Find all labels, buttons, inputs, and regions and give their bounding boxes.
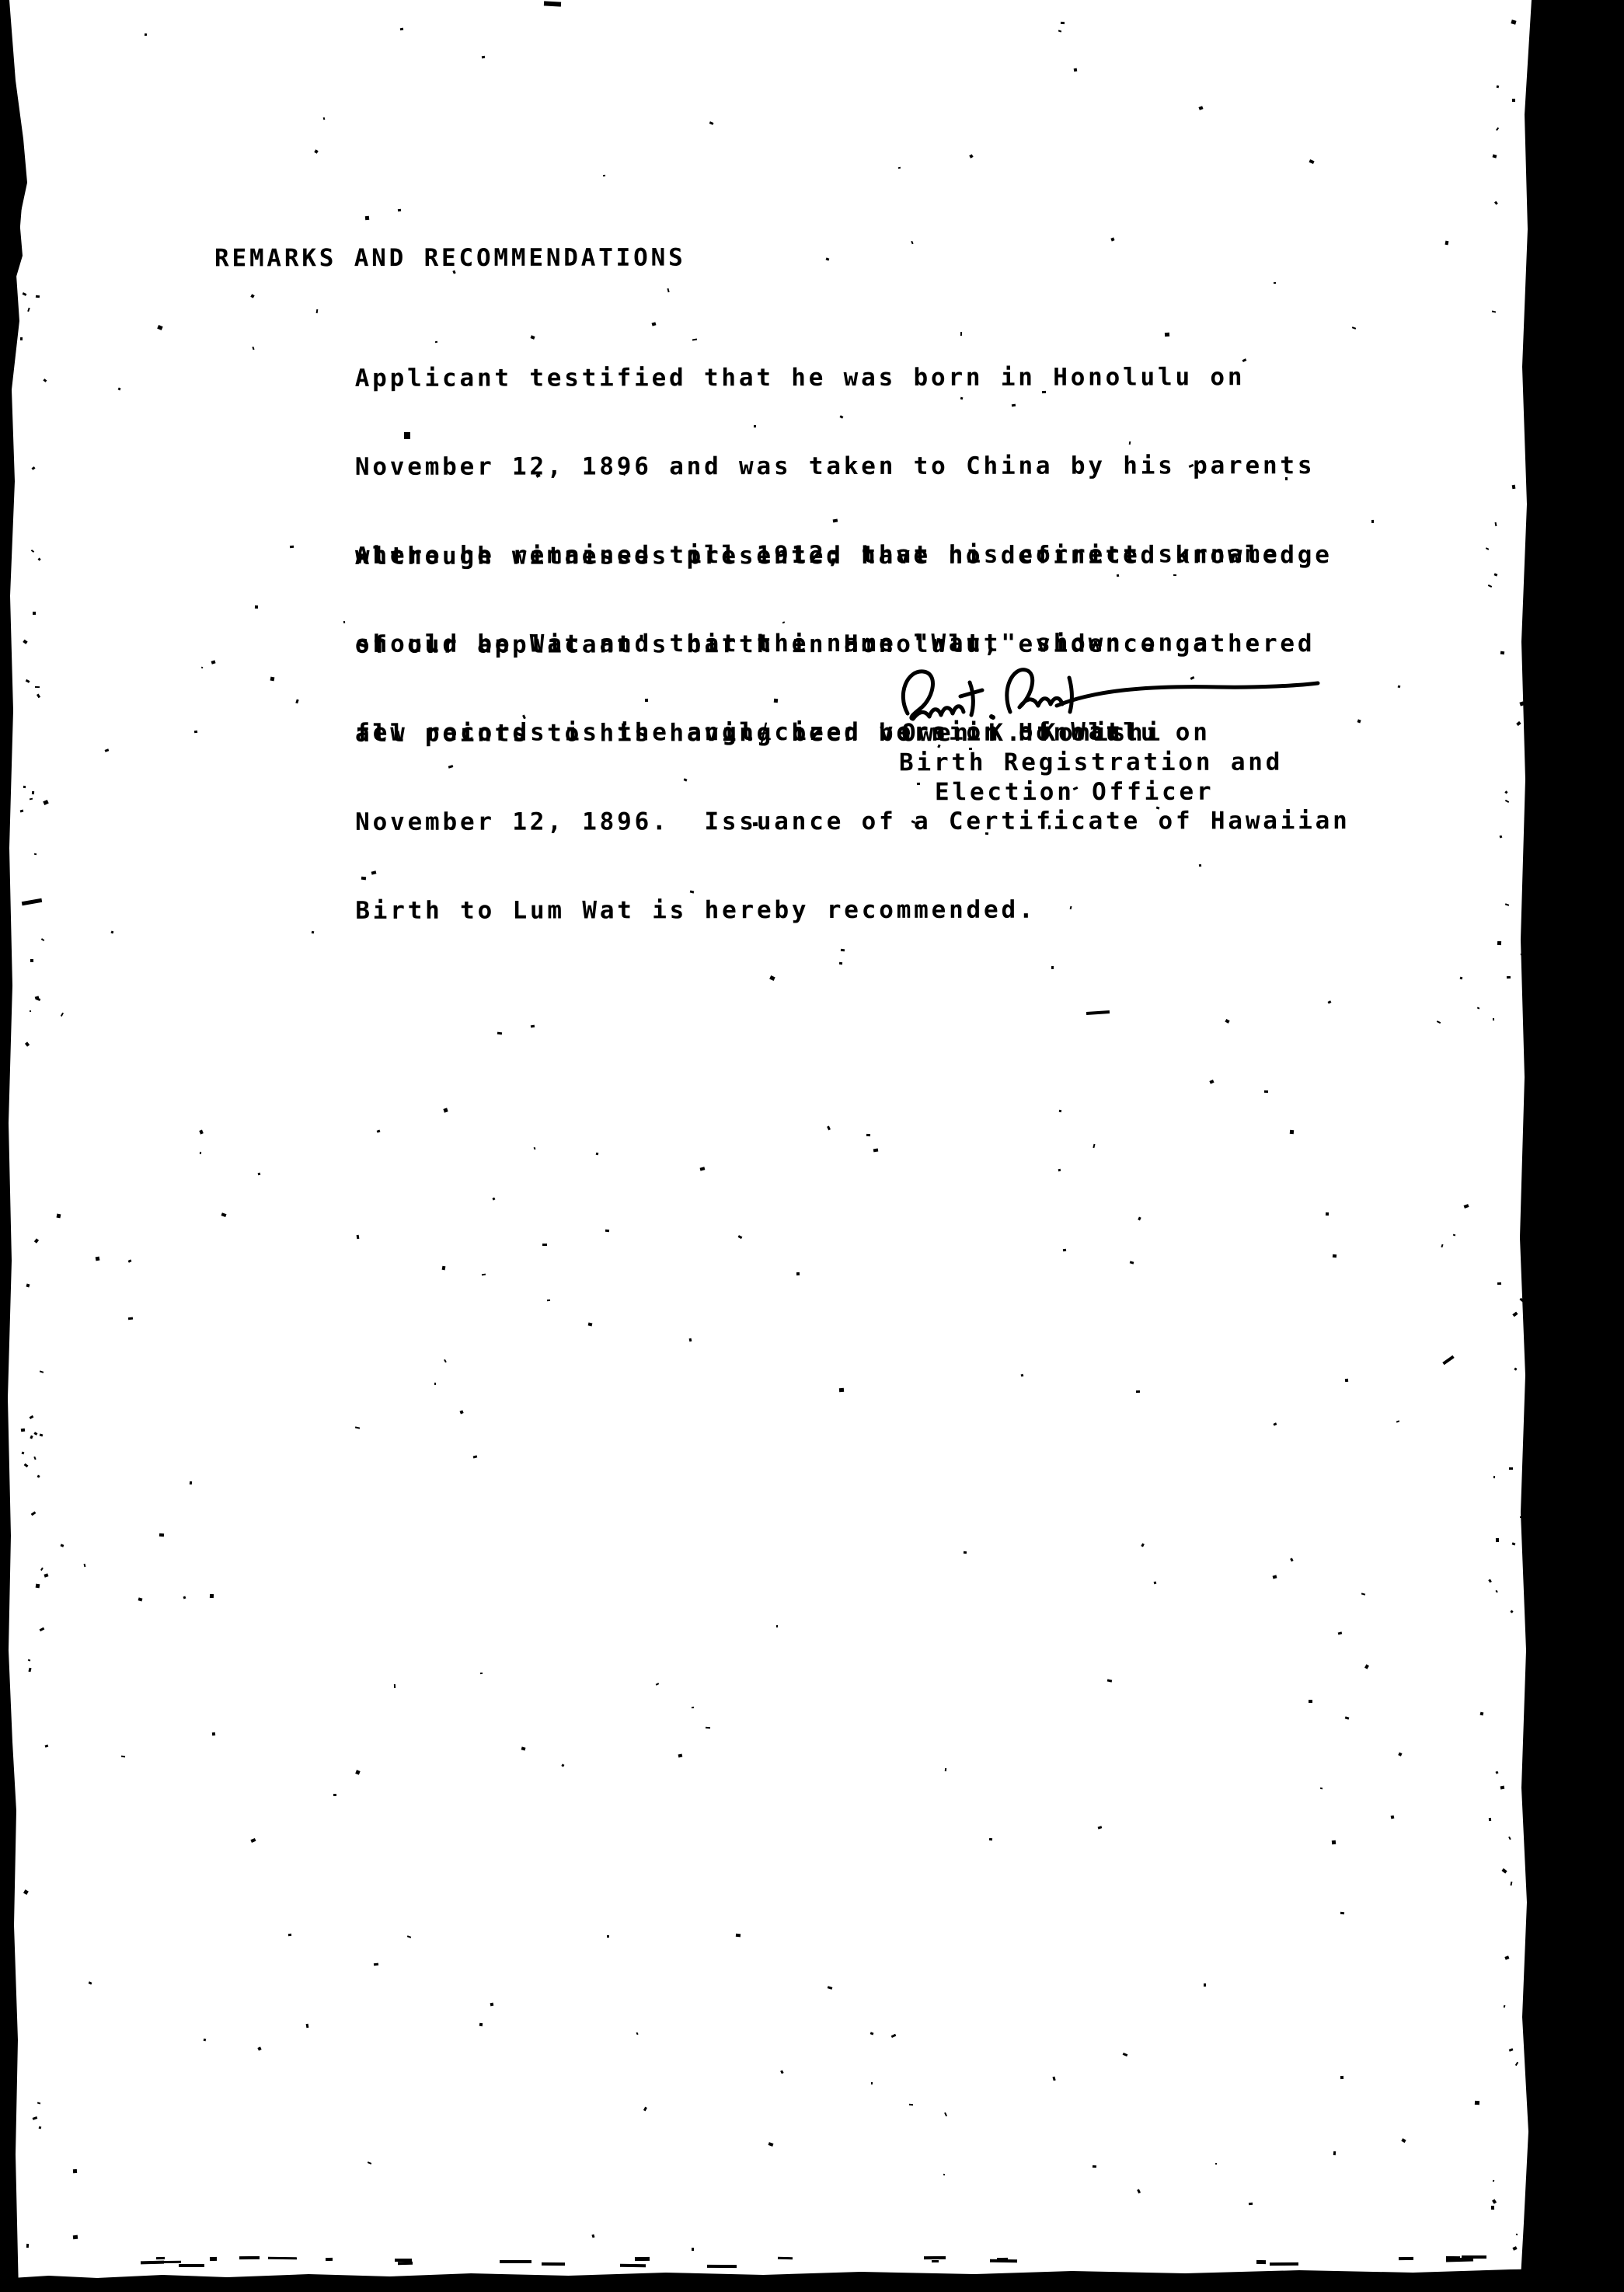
signatory-name: Owen K. Konishi [901, 718, 1163, 748]
scan-edge-bottom-bar [0, 2266, 1624, 2292]
scan-edge-right-strip [1518, 0, 1624, 2292]
text-line: November 12, 1896. Issuance of a Certifi… [355, 806, 1350, 837]
signatory-title-line-1: Birth Registration and [899, 748, 1283, 778]
text-line: November 12, 1896 and was taken to China… [355, 451, 1316, 482]
text-line: Applicant testified that he was born in … [355, 362, 1316, 393]
signatory-title-line-2: Election Officer [935, 777, 1214, 808]
text-line: of our applicant's birth in Honolulu, ev… [355, 629, 1350, 660]
text-line: Although witnesses presented have no def… [355, 540, 1350, 571]
scanned-document-page: REMARKS AND RECOMMENDATIONS Applicant te… [0, 0, 1624, 2292]
document-heading: REMARKS AND RECOMMENDATIONS [214, 243, 686, 274]
text-line: Birth to Lum Wat is hereby recommended. [355, 895, 1350, 926]
